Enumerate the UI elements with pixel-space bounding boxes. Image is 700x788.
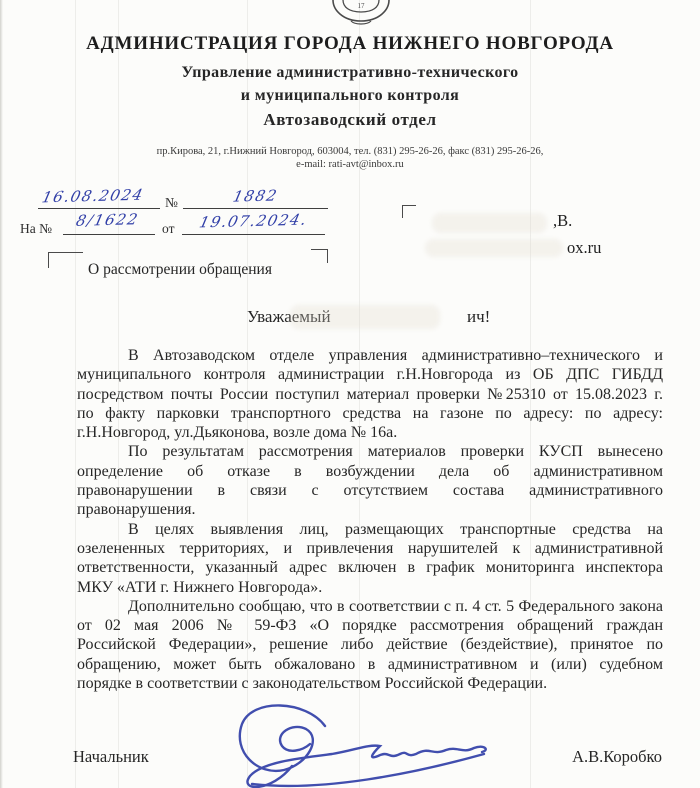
recipient-initials-fragment: ,В. — [553, 211, 572, 231]
body-line: В целях выявления лиц, размещающих транс… — [77, 520, 663, 539]
incoming-number-underline — [63, 234, 155, 235]
subject-corner-mark-right — [311, 249, 328, 263]
subject-corner-mark-left — [48, 252, 83, 268]
scanned-letter-page: 17 АДМИНИСТРАЦИЯ ГОРОДА НИЖНЕГО НОВГОРОД… — [0, 0, 700, 788]
division-line1: Управление административно-технического — [0, 64, 700, 82]
outgoing-number-underline — [183, 208, 328, 209]
incoming-label: На № — [20, 221, 52, 237]
recipient-name-redaction — [432, 213, 547, 233]
division-line2: и муниципального контроля — [0, 87, 700, 105]
body-line: по факту парковки транспортного средства… — [77, 404, 663, 423]
body-line: от 02 мая 2006 № 59-ФЗ «О порядке рассмо… — [77, 616, 663, 635]
greeting-suffix: ич! — [467, 307, 490, 327]
recipient-email-fragment: ox.ru — [567, 238, 601, 258]
recipient-email-redaction — [425, 239, 563, 257]
body-line: МКУ «АТИ г. Нижнего Новгорода». — [77, 578, 663, 597]
body-line: посредством почты России поступил матери… — [77, 385, 663, 404]
body-line: г.Н.Новгород, ул.Дьяконова, возле дома №… — [77, 423, 663, 442]
contact-line: пр.Кирова, 21, г.Нижний Новгород, 603004… — [0, 146, 700, 157]
body-line: определение об отказе в возбуждении дела… — [77, 462, 663, 481]
recipient-corner-mark — [402, 205, 416, 218]
body-line: порядке в соответствии с законодательств… — [77, 674, 663, 693]
body-line: озелененных территориях, и привлечения н… — [77, 539, 663, 558]
subject-line: О рассмотрении обращения — [88, 261, 272, 279]
signer-name: А.В.Коробко — [572, 747, 662, 767]
signer-position: Начальник — [73, 747, 149, 767]
email-line: e-mail: rati-avt@inbox.ru — [0, 159, 700, 170]
org-name: АДМИНИСТРАЦИЯ ГОРОДА НИЖНЕГО НОВГОРОДА — [0, 33, 700, 55]
body-line: По результатам рассмотрения материалов п… — [77, 442, 663, 461]
greeting-name-redaction — [290, 305, 440, 329]
body-paragraphs: В Автозаводском отделе управления админи… — [77, 346, 663, 693]
incoming-date-handwritten: 19.07.2024. — [180, 210, 328, 232]
incoming-date-underline — [182, 234, 325, 235]
body-line: Дополнительно сообщаю, что в соответстви… — [77, 597, 663, 616]
department-name: Автозаводский отдел — [0, 110, 700, 130]
body-line: обращению, может быть обжаловано в админ… — [77, 655, 663, 674]
body-line: правонарушении в связи с отсутствием сос… — [77, 481, 663, 500]
incoming-number-handwritten: 8/1622 — [58, 210, 158, 230]
outgoing-date-handwritten: 16.08.2024 — [26, 185, 161, 206]
handwritten-signature-icon — [222, 696, 522, 788]
body-line: муниципального контроля администрации г.… — [77, 365, 663, 384]
svg-text:17: 17 — [358, 2, 366, 10]
body-line: Российской Федерации», решение либо дейс… — [77, 635, 663, 654]
number-sign-label: № — [165, 195, 178, 211]
body-line: ответственности, указанный адрес включен… — [77, 558, 663, 577]
body-line: правонарушения. — [77, 500, 663, 519]
outgoing-number-handwritten: 1882 — [181, 185, 331, 207]
of-label: от — [162, 221, 174, 237]
outgoing-date-underline — [38, 208, 160, 209]
coat-of-arms-icon: 17 — [327, 0, 395, 28]
body-line: В Автозаводском отделе управления админи… — [77, 346, 663, 365]
